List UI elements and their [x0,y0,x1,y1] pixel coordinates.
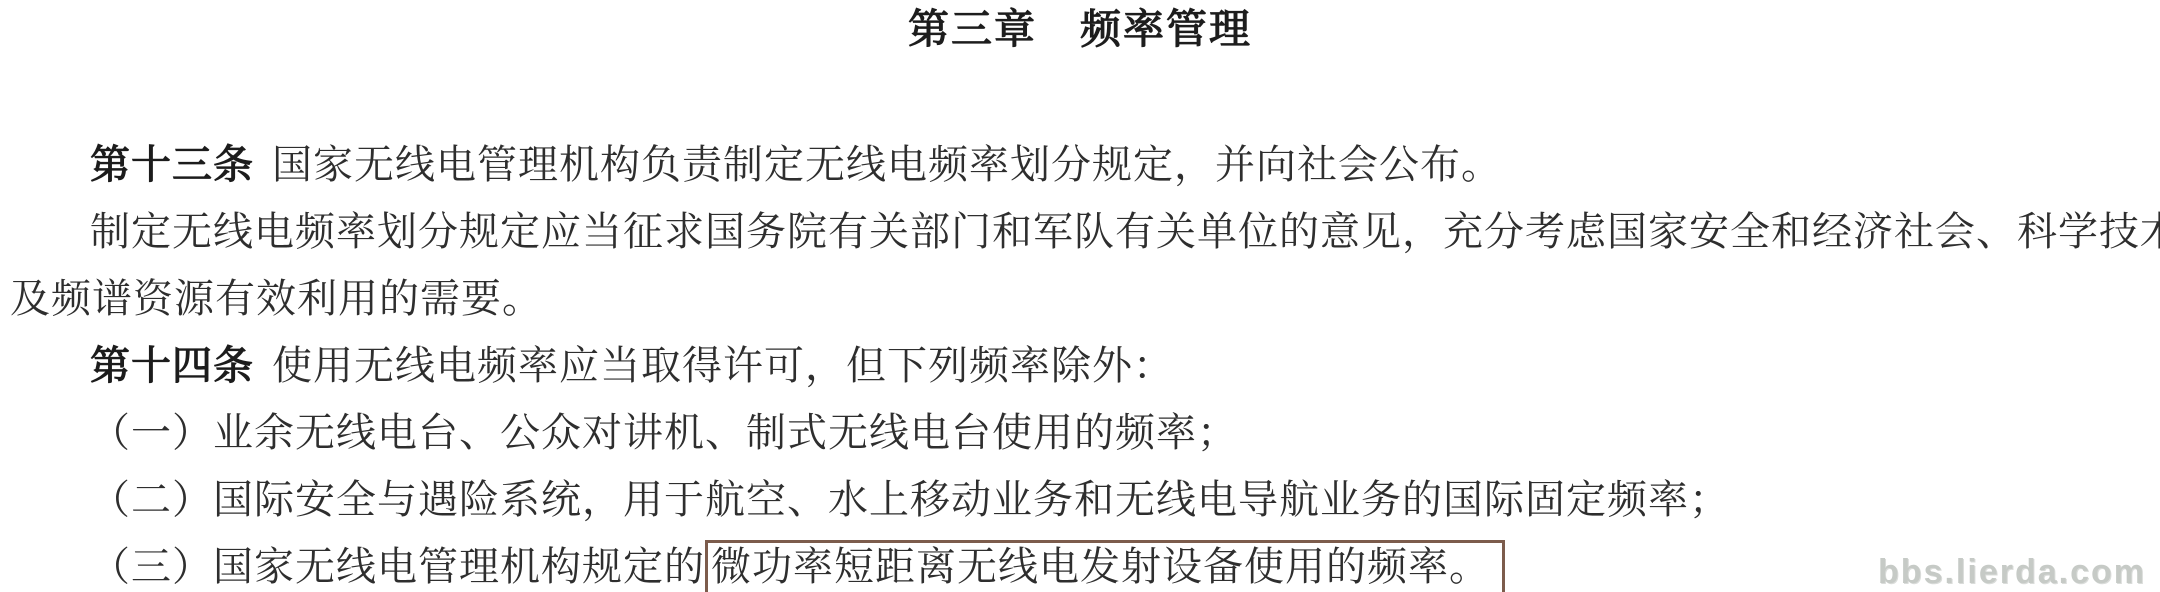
line-text: 使用无线电频率应当取得许可，但下列频率除外： [272,343,1174,388]
line-text: 国家无线电管理机构负责制定无线电频率划分规定，并向社会公布。 [272,142,1502,187]
article-14-number: 第十四条 [90,343,254,388]
article-14-item-2: （二）国际安全与遇险系统，用于航空、水上移动业务和无线电导航业务的国际固定频率； [10,466,2150,533]
article-13-number: 第十三条 [90,142,254,187]
line-text: 制定无线电频率划分规定应当征求国务院有关部门和军队有关单位的意见，充分考虑国家安… [90,209,2160,254]
document-page: 第三章 频率管理 第十三条国家无线电管理机构负责制定无线电频率划分规定，并向社会… [0,0,2160,592]
article-14-item-3: （三）国家无线电管理机构规定的微功率短距离无线电发射设备使用的频率。 [10,533,2150,592]
article-14-line-1: 第十四条使用无线电频率应当取得许可，但下列频率除外： [10,332,2150,399]
highlight-annotation-box: 微功率短距离无线电发射设备使用的频率。 [705,540,1505,592]
chapter-title: 第三章 频率管理 [0,0,2160,53]
line-text: （二）国际安全与遇险系统，用于航空、水上移动业务和无线电导航业务的国际固定频率； [90,477,1730,522]
article-13-line-3: 及频谱资源有效利用的需要。 [10,265,2150,332]
article-13-line-2: 制定无线电频率划分规定应当征求国务院有关部门和军队有关单位的意见，充分考虑国家安… [10,198,2150,265]
document-body: 第十三条国家无线电管理机构负责制定无线电频率划分规定，并向社会公布。 制定无线电… [0,131,2160,592]
highlighted-text: 微功率短距离无线电发射设备使用的频率。 [711,544,1490,589]
article-13-line-1: 第十三条国家无线电管理机构负责制定无线电频率划分规定，并向社会公布。 [10,131,2150,198]
line-text: （三）国家无线电管理机构规定的 [90,544,705,589]
watermark-text: bbs.lierda.com [1878,553,2146,592]
line-text: 及频谱资源有效利用的需要。 [10,276,543,321]
article-14-item-1: （一）业余无线电台、公众对讲机、制式无线电台使用的频率； [10,399,2150,466]
line-text: （一）业余无线电台、公众对讲机、制式无线电台使用的频率； [90,410,1238,455]
